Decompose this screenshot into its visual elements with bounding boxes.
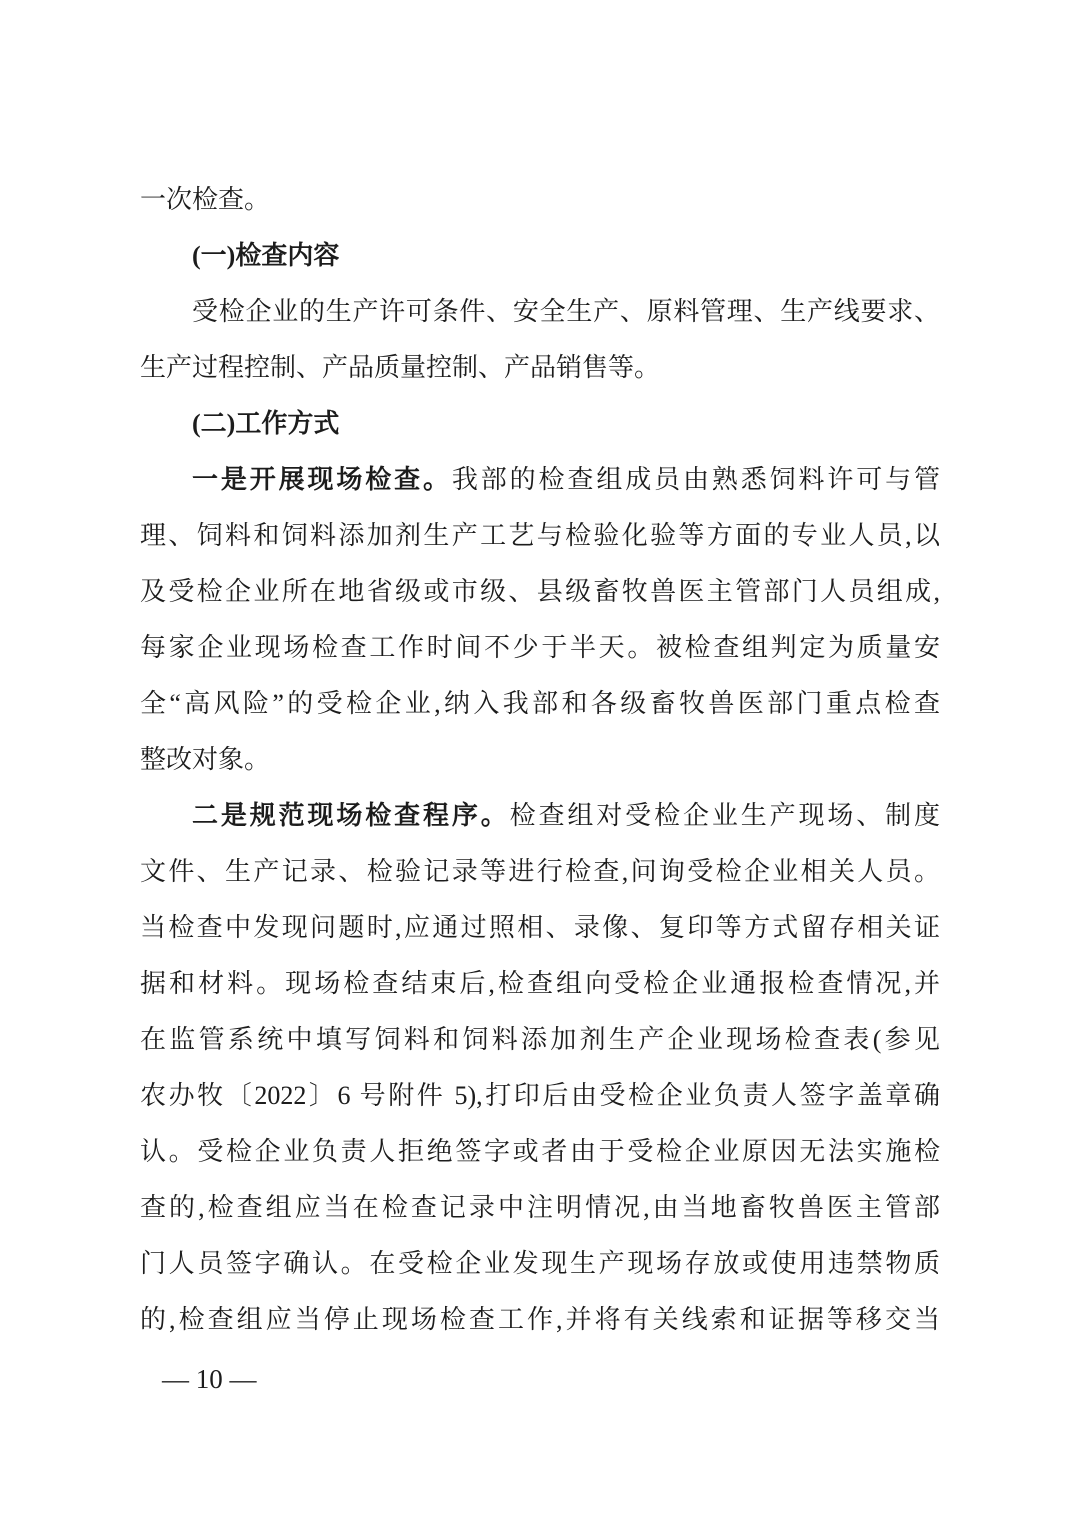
body-line: 的,检查组应当停止现场检查工作,并将有关线索和证据等移交当 bbox=[140, 1292, 940, 1348]
body-text: 当检查中发现问题时,应通过照相、录像、复印等方式留存相关证 bbox=[140, 913, 940, 942]
body-text: 一次检查。 bbox=[140, 185, 270, 214]
section-heading: (二)工作方式 bbox=[140, 396, 940, 452]
body-text: 的,检查组应当停止现场检查工作,并将有关线索和证据等移交当 bbox=[140, 1305, 940, 1334]
body-line: 及受检企业所在地省级或市级、县级畜牧兽医主管部门人员组成, bbox=[140, 564, 940, 620]
body-line: 一是开展现场检查。我部的检查组成员由熟悉饲料许可与管 bbox=[140, 452, 940, 508]
document-page: 一次检查。 (一)检查内容 受检企业的生产许可条件、安全生产、原料管理、生产线要… bbox=[0, 0, 1080, 1527]
body-text: 据和材料。现场检查结束后,检查组向受检企业通报检查情况,并 bbox=[140, 969, 940, 998]
body-text: 检查组对受检企业生产现场、制度 bbox=[510, 801, 940, 830]
body-line: 认。受检企业负责人拒绝签字或者由于受检企业原因无法实施检 bbox=[140, 1124, 940, 1180]
bold-lead-text: 一是开展现场检查。 bbox=[192, 465, 452, 494]
body-line: 整改对象。 bbox=[140, 732, 940, 788]
body-line: 每家企业现场检查工作时间不少于半天。被检查组判定为质量安 bbox=[140, 620, 940, 676]
body-text: 认。受检企业负责人拒绝签字或者由于受检企业原因无法实施检 bbox=[140, 1137, 940, 1166]
body-text: 生产过程控制、产品质量控制、产品销售等。 bbox=[140, 353, 660, 382]
body-line: 门人员签字确认。在受检企业发现生产现场存放或使用违禁物质 bbox=[140, 1236, 940, 1292]
body-text: 农办牧〔2022〕6 号附件 5),打印后由受检企业负责人签字盖章确 bbox=[140, 1081, 940, 1110]
body-line: 生产过程控制、产品质量控制、产品销售等。 bbox=[140, 340, 940, 396]
section-heading: (一)检查内容 bbox=[140, 228, 940, 284]
body-text: 整改对象。 bbox=[140, 745, 270, 774]
body-text: 全“高风险”的受检企业,纳入我部和各级畜牧兽医部门重点检查 bbox=[140, 689, 940, 718]
body-text: 文件、生产记录、检验记录等进行检查,问询受检企业相关人员。 bbox=[140, 857, 940, 886]
bold-lead-text: 二是规范现场检查程序。 bbox=[192, 801, 510, 830]
body-line: 在监管系统中填写饲料和饲料添加剂生产企业现场检查表(参见 bbox=[140, 1012, 940, 1068]
body-line: 理、饲料和饲料添加剂生产工艺与检验化验等方面的专业人员,以 bbox=[140, 508, 940, 564]
body-text: 门人员签字确认。在受检企业发现生产现场存放或使用违禁物质 bbox=[140, 1249, 940, 1278]
body-text: 及受检企业所在地省级或市级、县级畜牧兽医主管部门人员组成, bbox=[140, 577, 940, 606]
document-body: 一次检查。 (一)检查内容 受检企业的生产许可条件、安全生产、原料管理、生产线要… bbox=[140, 172, 940, 1348]
body-text: 查的,检查组应当在检查记录中注明情况,由当地畜牧兽医主管部 bbox=[140, 1193, 940, 1222]
body-text: 我部的检查组成员由熟悉饲料许可与管 bbox=[452, 465, 940, 494]
body-line: 据和材料。现场检查结束后,检查组向受检企业通报检查情况,并 bbox=[140, 956, 940, 1012]
heading-text: (二)工作方式 bbox=[192, 409, 339, 438]
body-text: 在监管系统中填写饲料和饲料添加剂生产企业现场检查表(参见 bbox=[140, 1025, 940, 1054]
body-text: 理、饲料和饲料添加剂生产工艺与检验化验等方面的专业人员,以 bbox=[140, 521, 940, 550]
body-text: 受检企业的生产许可条件、安全生产、原料管理、生产线要求、 bbox=[192, 297, 940, 326]
body-line: 农办牧〔2022〕6 号附件 5),打印后由受检企业负责人签字盖章确 bbox=[140, 1068, 940, 1124]
body-line: 受检企业的生产许可条件、安全生产、原料管理、生产线要求、 bbox=[140, 284, 940, 340]
body-line: 当检查中发现问题时,应通过照相、录像、复印等方式留存相关证 bbox=[140, 900, 940, 956]
body-line: 一次检查。 bbox=[140, 172, 940, 228]
body-line: 查的,检查组应当在检查记录中注明情况,由当地畜牧兽医主管部 bbox=[140, 1180, 940, 1236]
body-line: 全“高风险”的受检企业,纳入我部和各级畜牧兽医部门重点检查 bbox=[140, 676, 940, 732]
body-text: 每家企业现场检查工作时间不少于半天。被检查组判定为质量安 bbox=[140, 633, 940, 662]
body-line: 二是规范现场检查程序。检查组对受检企业生产现场、制度 bbox=[140, 788, 940, 844]
body-line: 文件、生产记录、检验记录等进行检查,问询受检企业相关人员。 bbox=[140, 844, 940, 900]
heading-text: (一)检查内容 bbox=[192, 241, 339, 270]
page-number: — 10 — bbox=[162, 1362, 257, 1396]
